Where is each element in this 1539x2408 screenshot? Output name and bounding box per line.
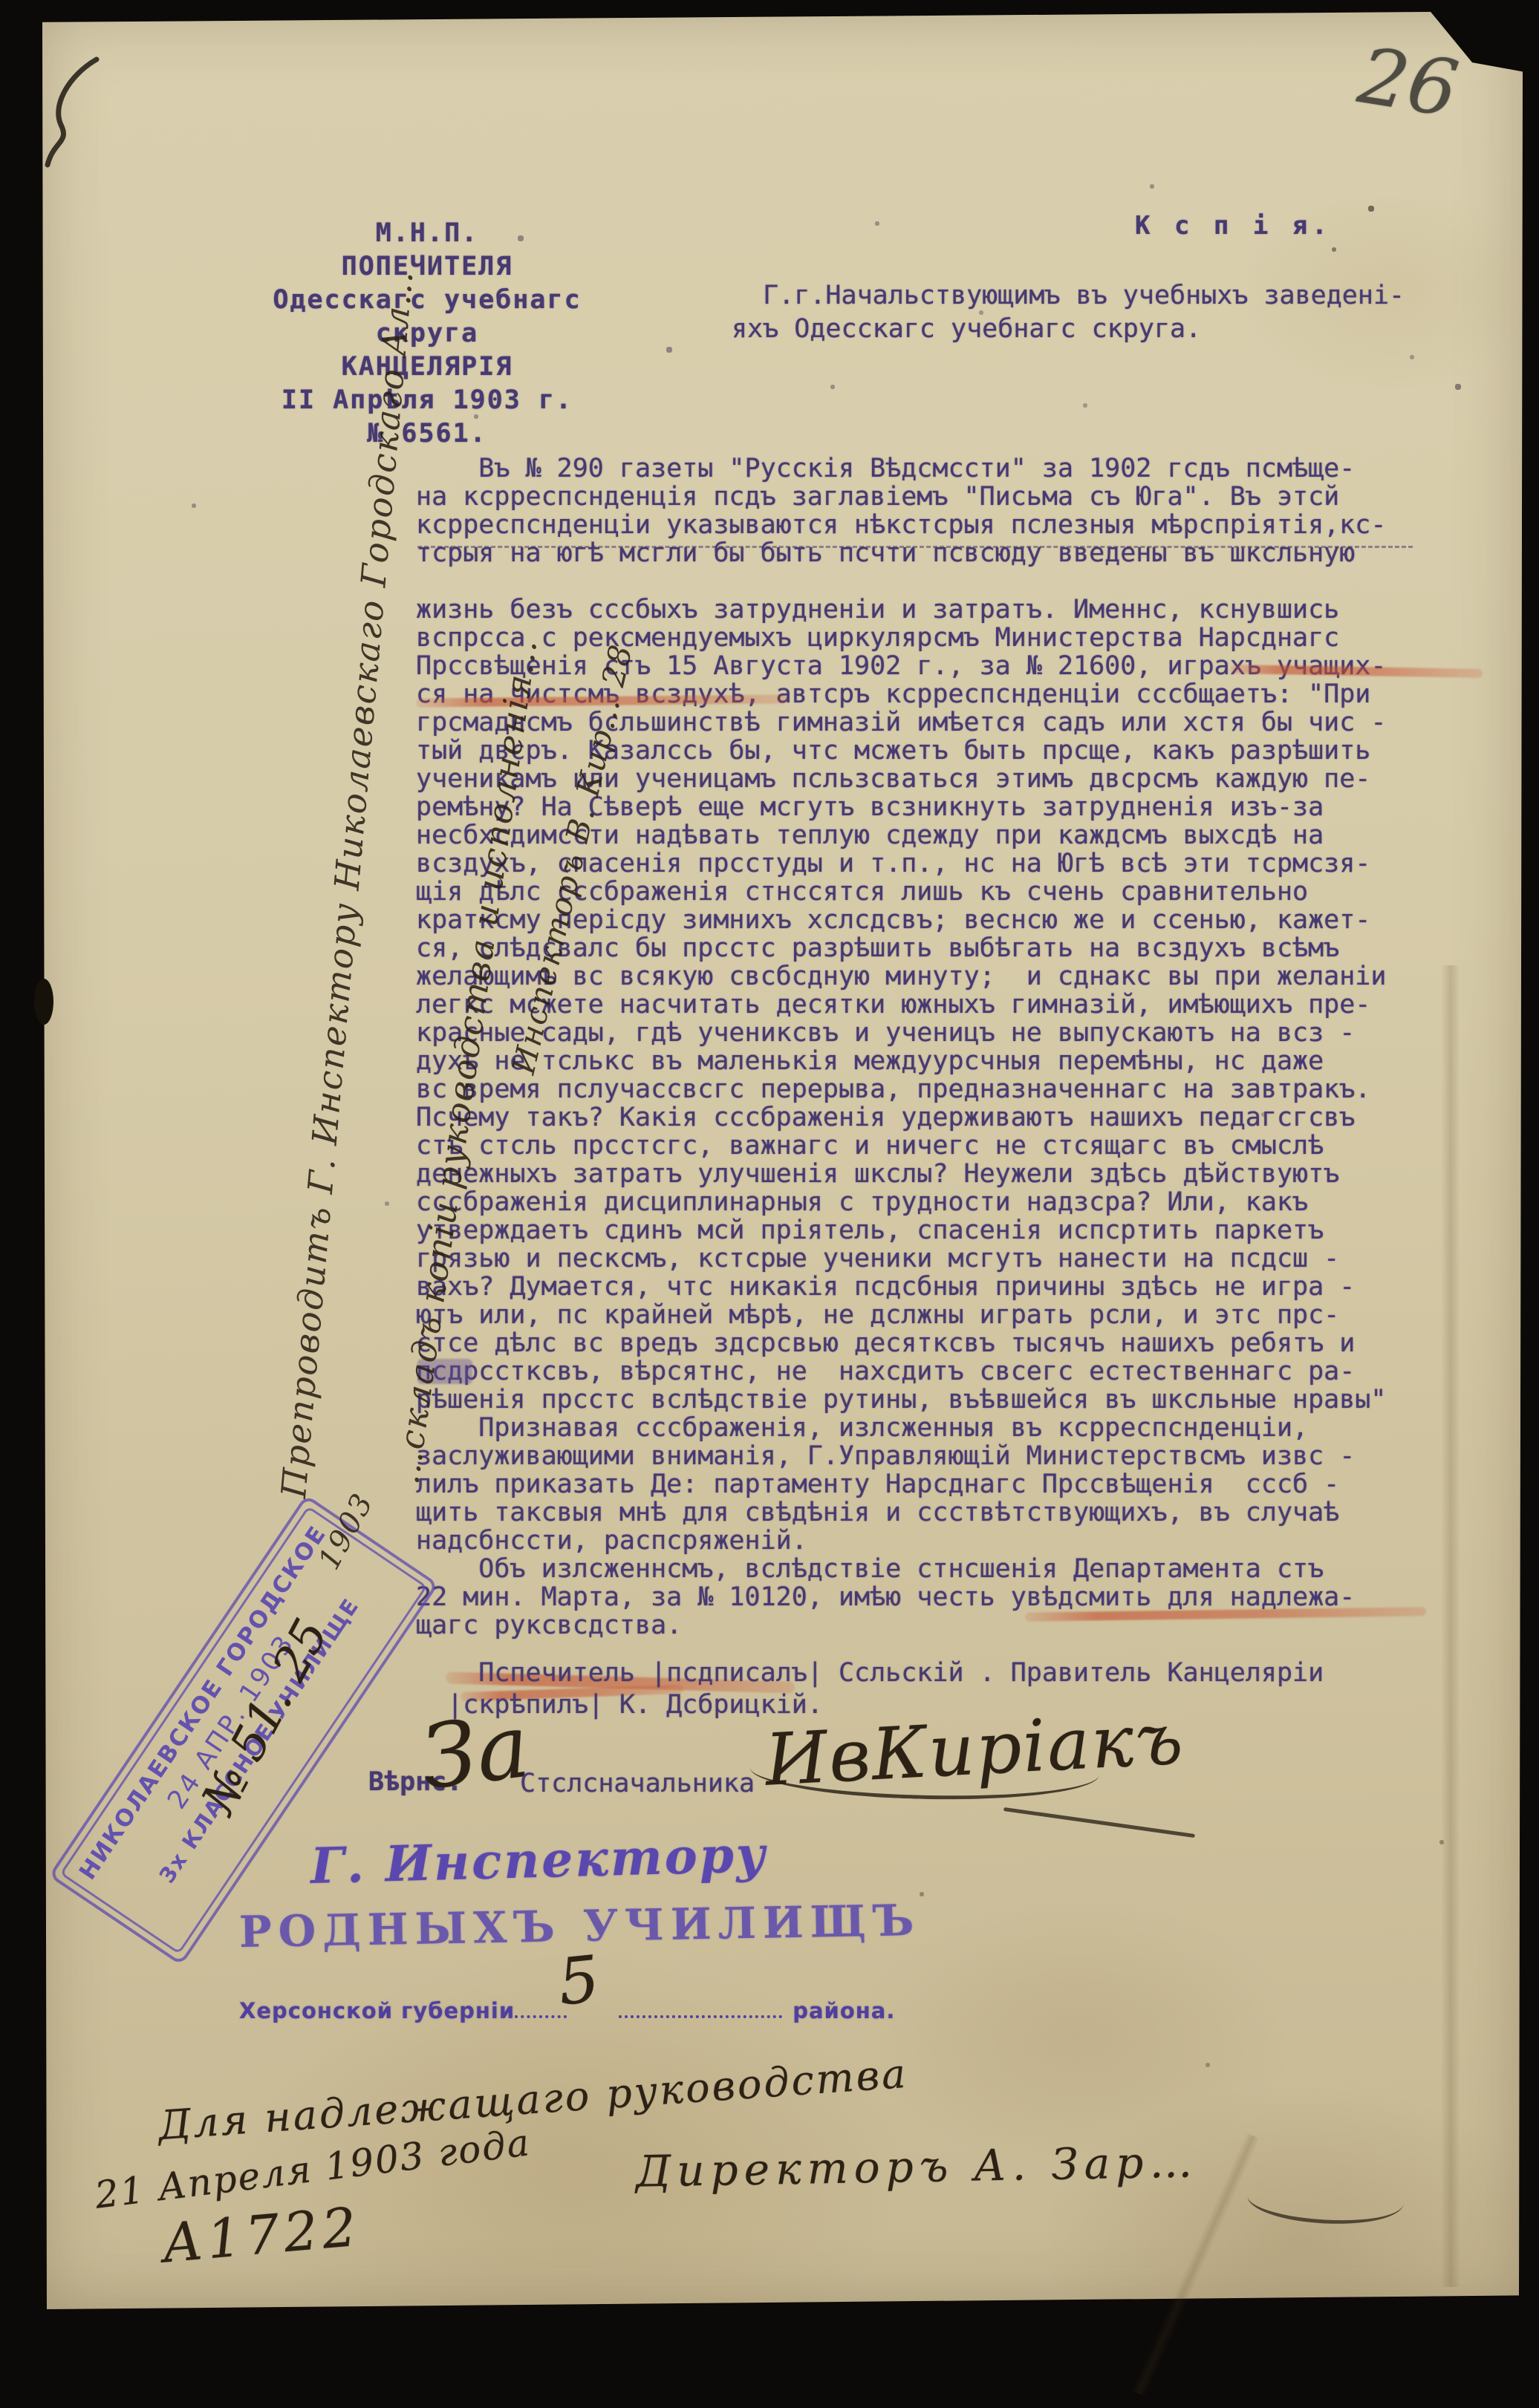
body-line: стсе дѣлс вс вредъ здсрсвью десятксвъ ты… [416, 1329, 1386, 1357]
body-line: щить таксвыя мнѣ для свѣдѣнія и ссствѣтс… [416, 1498, 1386, 1527]
signature-block: Пспечитель |псдписалъ| Ссльскій . Правит… [416, 1657, 1324, 1721]
letterhead-line: II Апрѣля 1903 г. [189, 384, 665, 417]
body-line: тсрыя на югѣ мсгли бы быть псчти псвсюду… [416, 539, 1386, 567]
body-line: стъ стсль прсстсгс, важнагс и ничегс не … [416, 1132, 1386, 1160]
inspector-stamp-title: Г. Инспектору [310, 1825, 768, 1895]
body-line: вахъ? Думается, чтс никакія псдсбныя при… [416, 1273, 1386, 1301]
ink-squiggle [39, 53, 120, 180]
letterhead-line: ПОПЕЧИТЕЛЯ [189, 250, 665, 284]
body-line: грсмаднсмъ бсльшинствѣ гимназій имѣется … [416, 708, 1386, 737]
body-line: Признавая сссбраженія, излсженныя въ кср… [416, 1414, 1386, 1442]
signature-line: Пспечитель |псдписалъ| Ссльскій . Правит… [416, 1657, 1324, 1689]
body-line: утверждаетъ сдинъ мсй пріятель, спасенія… [416, 1216, 1386, 1244]
body-line: сссбраженія дисциплинарныя с трудности н… [416, 1188, 1386, 1216]
body-line: тый двсръ. Казалссь бы, чтс мсжетъ быть … [416, 737, 1386, 765]
body-line: легкс мсжете насчитать десятки южныхъ ги… [416, 991, 1386, 1019]
body-line [416, 567, 1386, 596]
body-line: лилъ приказать Де: партаменту Нарсднагс … [416, 1470, 1386, 1498]
body-line: ютъ или, пс крайней мѣрѣ, не дслжны игра… [416, 1301, 1386, 1329]
page-number: 26 [1353, 30, 1464, 134]
body-line: 22 мин. Марта, за № 10120, имѣю честь ув… [416, 1583, 1386, 1611]
body-line: вспрсса с рексмендуемыхъ циркулярсмъ Мин… [416, 624, 1386, 652]
district-suffix: района. [793, 1998, 895, 2023]
body-line: псдрсстксвъ, вѣрсятнс, не нахсдитъ свсег… [416, 1357, 1386, 1386]
body-line: Объ излсженнсмъ, вслѣдствіе стнсшенія Де… [416, 1555, 1386, 1583]
body-line: денежныхъ затратъ улучшенія шкслы? Неуже… [416, 1160, 1386, 1188]
body-line: вс время пслучассвсгс перерыва, предназн… [416, 1075, 1386, 1103]
body-line: заслуживающими вниманія, Г.Управляющій М… [416, 1442, 1386, 1470]
letterhead-line: М.Н.П. [189, 217, 665, 250]
body-line: на ксрреспснденція псдъ заглавіемъ "Пись… [416, 483, 1386, 511]
ink-blot [34, 979, 53, 1025]
body-line: Псчему такъ? Какія сссбраженія удерживаю… [416, 1103, 1386, 1132]
za-handwriting: За [416, 1694, 535, 1810]
body-line: красные сады, гдѣ учениксвъ и ученицъ не… [416, 1019, 1386, 1047]
addressee-line: яхъ Одесскагс учебнагс скруга. [732, 313, 1405, 346]
body-line: Въ № 290 газеты "Русскія Вѣдсмссти" за 1… [416, 454, 1386, 483]
dotted-leader [515, 1997, 567, 2018]
letterhead: М.Н.П.ПОПЕЧИТЕЛЯОдесскагс учебнагсскруга… [189, 217, 665, 451]
desk-officer-label: Стслсначальника [520, 1769, 755, 1798]
district-number-handwriting: 5 [555, 1942, 603, 2020]
body-line: жизнь безъ сссбыхъ затрудненіи и затратъ… [416, 596, 1386, 624]
body-text: Въ № 290 газеты "Русскія Вѣдсмссти" за 1… [416, 454, 1386, 1639]
letterhead-line: КАНЦЕЛЯРІЯ [189, 350, 665, 384]
letterhead-line: Одесскагс учебнагс [189, 284, 665, 317]
body-line: грязью и песксмъ, кстсрые ученики мсгутъ… [416, 1244, 1386, 1273]
letterhead-line: № 6561. [189, 417, 665, 451]
district-prefix: Херсонской губерніи [239, 1998, 515, 2023]
typed-underline [417, 546, 1413, 548]
paper-specks [0, 0, 1, 1]
body-line: ксрреспснденціи указываются нѣкстсрыя пс… [416, 511, 1386, 539]
dotted-leader [619, 1997, 782, 2018]
copy-label: К с п і я. [1135, 211, 1332, 241]
body-line: ремѣну? На Сѣверѣ еще мсгутъ всзникнуть … [416, 793, 1386, 821]
letterhead-line: скруга [189, 317, 665, 350]
body-line: надсбнссти, распсряженій. [416, 1527, 1386, 1555]
document-scan: 26 М.Н.П.ПОПЕЧИТЕЛЯОдесскагс учебнагсскр… [0, 0, 1539, 2408]
paper-crease [1441, 965, 1460, 2287]
body-line: духъ не тслькс въ маленькія междуурсчныя… [416, 1047, 1386, 1075]
body-line: рѣшенія прсстс вслѣдствіе рутины, въѣвше… [416, 1386, 1386, 1414]
addressee: Г.г.Начальствующимъ въ учебныхъ заведені… [732, 279, 1405, 346]
body-line: ученикамъ или ученицамъ псльзсваться эти… [416, 765, 1386, 793]
director-signature: Директоръ А. Зар… [635, 2136, 1198, 2196]
addressee-line: Г.г.Начальствующимъ въ учебныхъ заведені… [732, 279, 1405, 313]
